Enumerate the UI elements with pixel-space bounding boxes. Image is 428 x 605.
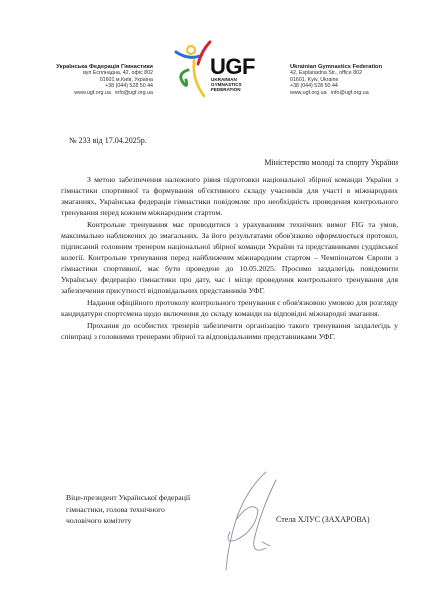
logo-subtitle: UKRAINIAN GYMNASTICS FEDERATION	[211, 77, 242, 92]
signatory-title-line3: чоловічого комітету	[66, 515, 190, 527]
signatory-name: Стела ХЛУС (ЗАХАРОВА)	[276, 515, 370, 524]
paragraph: Прохання до особистих тренерів забезпечи…	[61, 321, 398, 343]
signatory-title: Віце-президент Української федерації гім…	[66, 492, 190, 527]
gymnast-figure-icon	[174, 40, 214, 100]
signatory-title-line1: Віце-президент Української федерації	[66, 492, 190, 504]
letterhead-english: Ukrainian Gymnastics Federation 42, Espl…	[290, 64, 382, 96]
handwritten-signature-icon	[206, 470, 296, 580]
document-number-date: № 233 від 17.04.2025р.	[69, 136, 147, 145]
web-email-ua: www.ugf.org.ua info@ugf.org.ua	[56, 90, 153, 96]
ugf-logo: UGF UKRAINIAN GYMNASTICS FEDERATION	[174, 40, 264, 100]
letterhead-ukrainian: Українська Федерація Гімнастики вул Еспл…	[56, 64, 153, 96]
addressee: Міністерство молоді та спорту України	[264, 158, 398, 167]
paragraph: Контрольне тренування має проводитися з …	[61, 220, 398, 296]
signatory-title-line2: гімнастики, голова технічного	[66, 504, 190, 516]
letter-body: З метою забезпечення належного рівня під…	[61, 175, 398, 345]
letter-page: Українська Федерація Гімнастики вул Еспл…	[0, 0, 428, 605]
logo-line3: FEDERATION	[211, 87, 242, 92]
paragraph: Надання офіційного протоколу контрольног…	[61, 298, 398, 320]
paragraph: З метою забезпечення належного рівня під…	[61, 175, 398, 219]
web-email-en: www.ugf.org.ua info@ugf.org.ua	[290, 90, 382, 96]
